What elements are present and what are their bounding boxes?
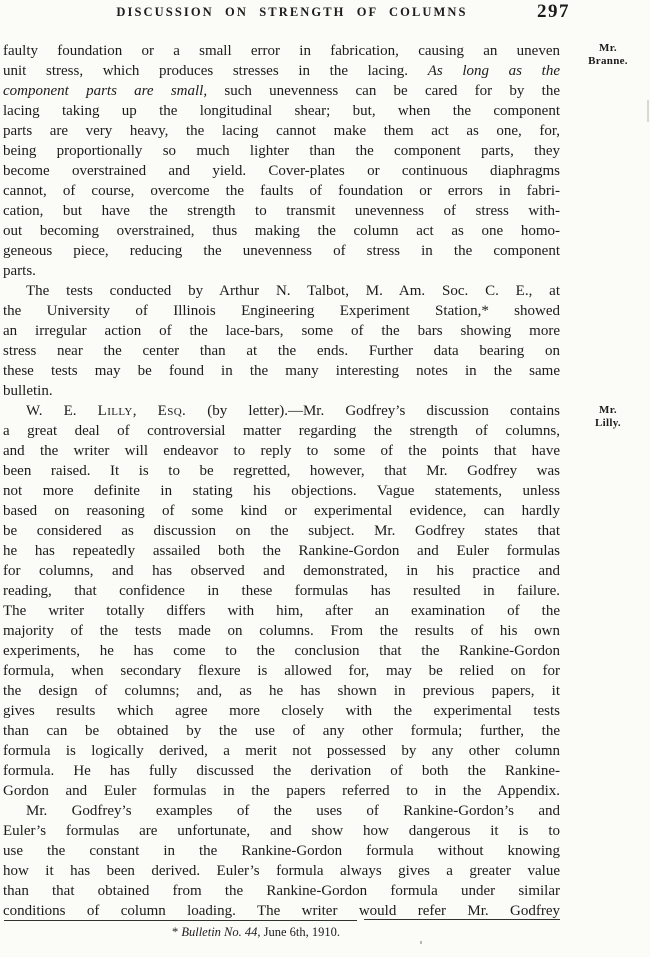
text-segment: for columns, and has observed and demons…	[3, 563, 560, 579]
text-segment: and the writer will endeavor to reply to…	[3, 443, 560, 459]
text-line: being proportionally so much lighter tha…	[3, 141, 560, 161]
text-segment: lacing taking up the longitudinal shear;…	[3, 103, 560, 119]
text-line: use the constant in the Rankine-Gordon f…	[3, 841, 560, 861]
text-segment: unit stress, which produces stresses in …	[3, 63, 428, 79]
paragraph: Mr. Godfrey’s examples of the uses of Ra…	[3, 801, 560, 921]
text-line: than that obtained from the Rankine-Gord…	[3, 881, 560, 901]
text-segment: gives results which agree more closely w…	[3, 703, 560, 719]
smallcaps-text: Lilly	[98, 403, 133, 419]
text-segment: become overstrained and yield. Cover-pla…	[3, 163, 560, 179]
text-line: Mr. Godfrey’s examples of the uses of Ra…	[3, 801, 560, 821]
text-segment: ,	[133, 403, 158, 419]
text-segment: been raised. It is to be regretted, howe…	[3, 463, 560, 479]
text-line: Gordon and Euler formulas in the papers …	[3, 781, 560, 801]
text-line: cannot, of course, overcome the faults o…	[3, 181, 560, 201]
text-line: the design of columns; and, as he has sh…	[3, 681, 560, 701]
text-line: how it has been derived. Euler’s formula…	[3, 861, 560, 881]
text-line: he has repeatedly assailed both the Rank…	[3, 541, 560, 561]
text-segment: use the constant in the Rankine-Gordon f…	[3, 843, 560, 859]
text-segment: formula. He has fully discussed the deri…	[3, 763, 560, 779]
margin-note: Mr.Lilly.	[578, 404, 638, 430]
text-line: based on reasoning of some kind or exper…	[3, 501, 560, 521]
text-line: bulletin.	[3, 381, 560, 401]
text-line: stress near the center than at the ends.…	[3, 341, 560, 361]
text-line: not more definite in stating his objecti…	[3, 481, 560, 501]
page-number: 297	[537, 1, 579, 23]
text-segment: not more definite in stating his objecti…	[3, 483, 560, 499]
text-line: The tests conducted by Arthur N. Talbot,…	[3, 281, 560, 301]
text-line: majority of the tests made on columns. F…	[3, 621, 560, 641]
text-line: geneous piece, reducing the unevenness o…	[3, 241, 560, 261]
text-line: the University of Illinois Engineering E…	[3, 301, 560, 321]
book-page: DISCUSSION ON STRENGTH OF COLUMNS 297 fa…	[0, 0, 650, 957]
text-segment: experiments, he has come to the conclusi…	[3, 643, 560, 659]
running-title: DISCUSSION ON STRENGTH OF COLUMNS	[14, 5, 570, 20]
smallcaps-text: Esq.	[158, 403, 187, 419]
text-segment: being proportionally so much lighter tha…	[3, 143, 560, 159]
paragraph: W. E. Lilly, Esq. (by letter).—Mr. Godfr…	[3, 401, 560, 801]
text-segment: The writer totally differs with him, aft…	[3, 603, 560, 619]
text-line: faulty foundation or a small error in fa…	[3, 41, 560, 61]
footnote-rule-left	[4, 920, 357, 921]
text-segment: reading, that confidence in these formul…	[3, 583, 560, 599]
text-segment: the University of Illinois Engineering E…	[3, 303, 560, 319]
text-line: The writer totally differs with him, aft…	[3, 601, 560, 621]
text-segment: (by letter).—Mr. Godfrey’s discussion co…	[186, 403, 560, 419]
text-line: become overstrained and yield. Cover-pla…	[3, 161, 560, 181]
text-segment: bulletin.	[3, 383, 53, 399]
text-line: a great deal of controversial matter reg…	[3, 421, 560, 441]
margin-note: Mr.Branne.	[578, 42, 638, 68]
text-line: experiments, he has come to the conclusi…	[3, 641, 560, 661]
text-segment: out becoming overstrained, thus making t…	[3, 223, 560, 239]
footnote-text: * Bulletin No. 44, June 6th, 1910.	[26, 925, 486, 940]
text-line: cation, but have the strength to transmi…	[3, 201, 560, 221]
text-segment: cannot, of course, overcome the faults o…	[3, 183, 560, 199]
text-line: Euler’s formulas are unfortunate, and sh…	[3, 821, 560, 841]
paragraph: The tests conducted by Arthur N. Talbot,…	[3, 281, 560, 401]
text-segment: The tests conducted by Arthur N. Talbot,…	[26, 283, 560, 299]
text-segment: based on reasoning of some kind or exper…	[3, 503, 560, 519]
text-segment: an irregular action of the lace-bars, so…	[3, 323, 560, 339]
text-line: for columns, and has observed and demons…	[3, 561, 560, 581]
text-segment: geneous piece, reducing the unevenness o…	[3, 243, 560, 259]
text-segment: faulty foundation or a small error in fa…	[3, 43, 560, 59]
scan-speck	[420, 941, 422, 944]
text-segment: , June 6th, 1910.	[257, 925, 340, 939]
text-line: unit stress, which produces stresses in …	[3, 61, 560, 81]
margin-note-line: Mr.	[578, 42, 638, 55]
text-line: parts are very heavy, the lacing cannot …	[3, 121, 560, 141]
paragraph: faulty foundation or a small error in fa…	[3, 41, 560, 281]
margin-note-line: Mr.	[578, 404, 638, 417]
italic-text: component parts are small,	[3, 83, 207, 99]
body-text: faulty foundation or a small error in fa…	[3, 41, 560, 921]
text-segment: the design of columns; and, as he has sh…	[3, 683, 560, 699]
text-line: reading, that confidence in these formul…	[3, 581, 560, 601]
text-segment: Gordon and Euler formulas in the papers …	[3, 783, 560, 799]
text-line: than can be obtained by the use of any o…	[3, 721, 560, 741]
text-segment: Mr. Godfrey’s examples of the uses of Ra…	[26, 803, 560, 819]
text-line: parts.	[3, 261, 560, 281]
text-line: formula, when secondary flexure is allow…	[3, 661, 560, 681]
text-line: these tests may be found in the many int…	[3, 361, 560, 381]
text-segment: W. E.	[26, 403, 98, 419]
footnote-rule-right	[364, 919, 560, 920]
text-segment: formula is logically derived, a merit no…	[3, 743, 560, 759]
text-segment: conditions of column loading. The writer…	[3, 903, 560, 919]
text-segment: *	[172, 925, 181, 939]
margin-note-line: Lilly.	[578, 417, 638, 430]
scan-speck	[647, 100, 649, 122]
text-line: lacing taking up the longitudinal shear;…	[3, 101, 560, 121]
text-segment: than can be obtained by the use of any o…	[3, 723, 560, 739]
text-line: formula. He has fully discussed the deri…	[3, 761, 560, 781]
text-segment: Euler’s formulas are unfortunate, and sh…	[3, 823, 560, 839]
text-segment: stress near the center than at the ends.…	[3, 343, 560, 359]
italic-text: Bulletin No. 44	[181, 925, 257, 939]
text-line: W. E. Lilly, Esq. (by letter).—Mr. Godfr…	[3, 401, 560, 421]
text-line: conditions of column loading. The writer…	[3, 901, 560, 921]
text-line: out becoming overstrained, thus making t…	[3, 221, 560, 241]
text-segment: he has repeatedly assailed both the Rank…	[3, 543, 560, 559]
text-segment: parts are very heavy, the lacing cannot …	[3, 123, 560, 139]
text-segment: parts.	[3, 263, 36, 279]
text-segment: such unevenness can be cared for by the	[207, 83, 560, 99]
text-line: be considered as discussion on the subje…	[3, 521, 560, 541]
text-line: an irregular action of the lace-bars, so…	[3, 321, 560, 341]
text-segment: formula, when secondary flexure is allow…	[3, 663, 560, 679]
italic-text: As long as the	[428, 63, 560, 79]
text-line: and the writer will endeavor to reply to…	[3, 441, 560, 461]
text-segment: cation, but have the strength to transmi…	[3, 203, 560, 219]
text-segment: majority of the tests made on columns. F…	[3, 623, 560, 639]
text-segment: than that obtained from the Rankine-Gord…	[3, 883, 560, 899]
text-segment: be considered as discussion on the subje…	[3, 523, 560, 539]
text-segment: a great deal of controversial matter reg…	[3, 423, 560, 439]
margin-note-line: Branne.	[578, 55, 638, 68]
text-line: gives results which agree more closely w…	[3, 701, 560, 721]
text-line: been raised. It is to be regretted, howe…	[3, 461, 560, 481]
text-line: component parts are small, such unevenne…	[3, 81, 560, 101]
text-segment: how it has been derived. Euler’s formula…	[3, 863, 560, 879]
text-line: formula is logically derived, a merit no…	[3, 741, 560, 761]
text-segment: these tests may be found in the many int…	[3, 363, 560, 379]
